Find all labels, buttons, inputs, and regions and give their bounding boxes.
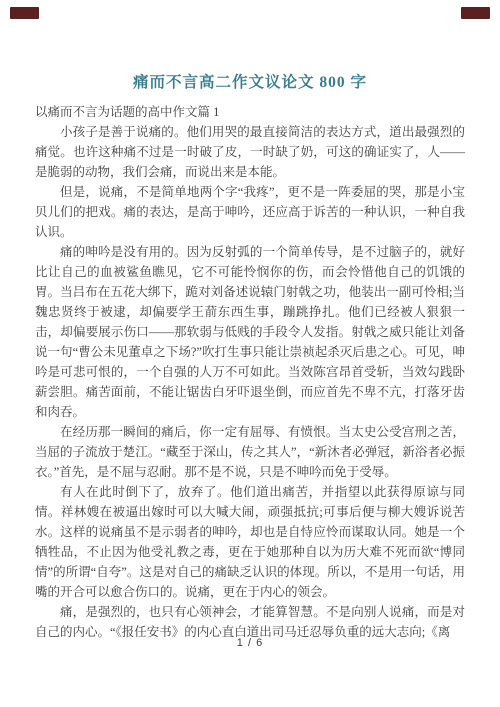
- essay-body: 小孩子是善于说痛的。他们用哭的最直接简洁的表达方式，道出最强烈的痛觉。也许这种痛…: [0, 122, 500, 642]
- essay-paragraph: 痛，是强烈的，也只有心领神会，才能算智慧。不是向别人说痛，而是对自己的内心。“《…: [35, 602, 465, 642]
- corner-marker-right: [461, 7, 490, 19]
- essay-paragraph: 痛的呻吟是没有用的。因为反射弧的一个简单传导，是不过脑子的，就好比让自己的血被鲨…: [35, 242, 465, 422]
- essay-paragraph: 有人在此时倒下了，放弃了。他们道出痛苦，并指望以此获得原谅与同情。祥林嫂在被逼出…: [35, 482, 465, 602]
- page-title: 痛而不言高二作文议论文 800 字: [0, 0, 500, 92]
- essay-paragraph: 小孩子是善于说痛的。他们用哭的最直接简洁的表达方式，道出最强烈的痛觉。也许这种痛…: [35, 122, 465, 182]
- corner-marker-left: [10, 7, 39, 19]
- essay-paragraph: 在经历那一瞬间的痛后，你一定有屈辱、有愤恨。当太史公受宫刑之苦，当屈的子流放于楚…: [35, 422, 465, 482]
- essay-paragraph: 但是，说痛，不是简单地两个字“我疼”，更不是一阵委屈的哭，那是小宝贝儿们的把戏。…: [35, 182, 465, 242]
- essay-subtitle: 以痛而不言为话题的高中作文篇 1: [0, 102, 500, 122]
- document-page: 痛而不言高二作文议论文 800 字 以痛而不言为话题的高中作文篇 1 小孩子是善…: [0, 0, 500, 707]
- page-indicator: 1 / 6: [0, 637, 500, 649]
